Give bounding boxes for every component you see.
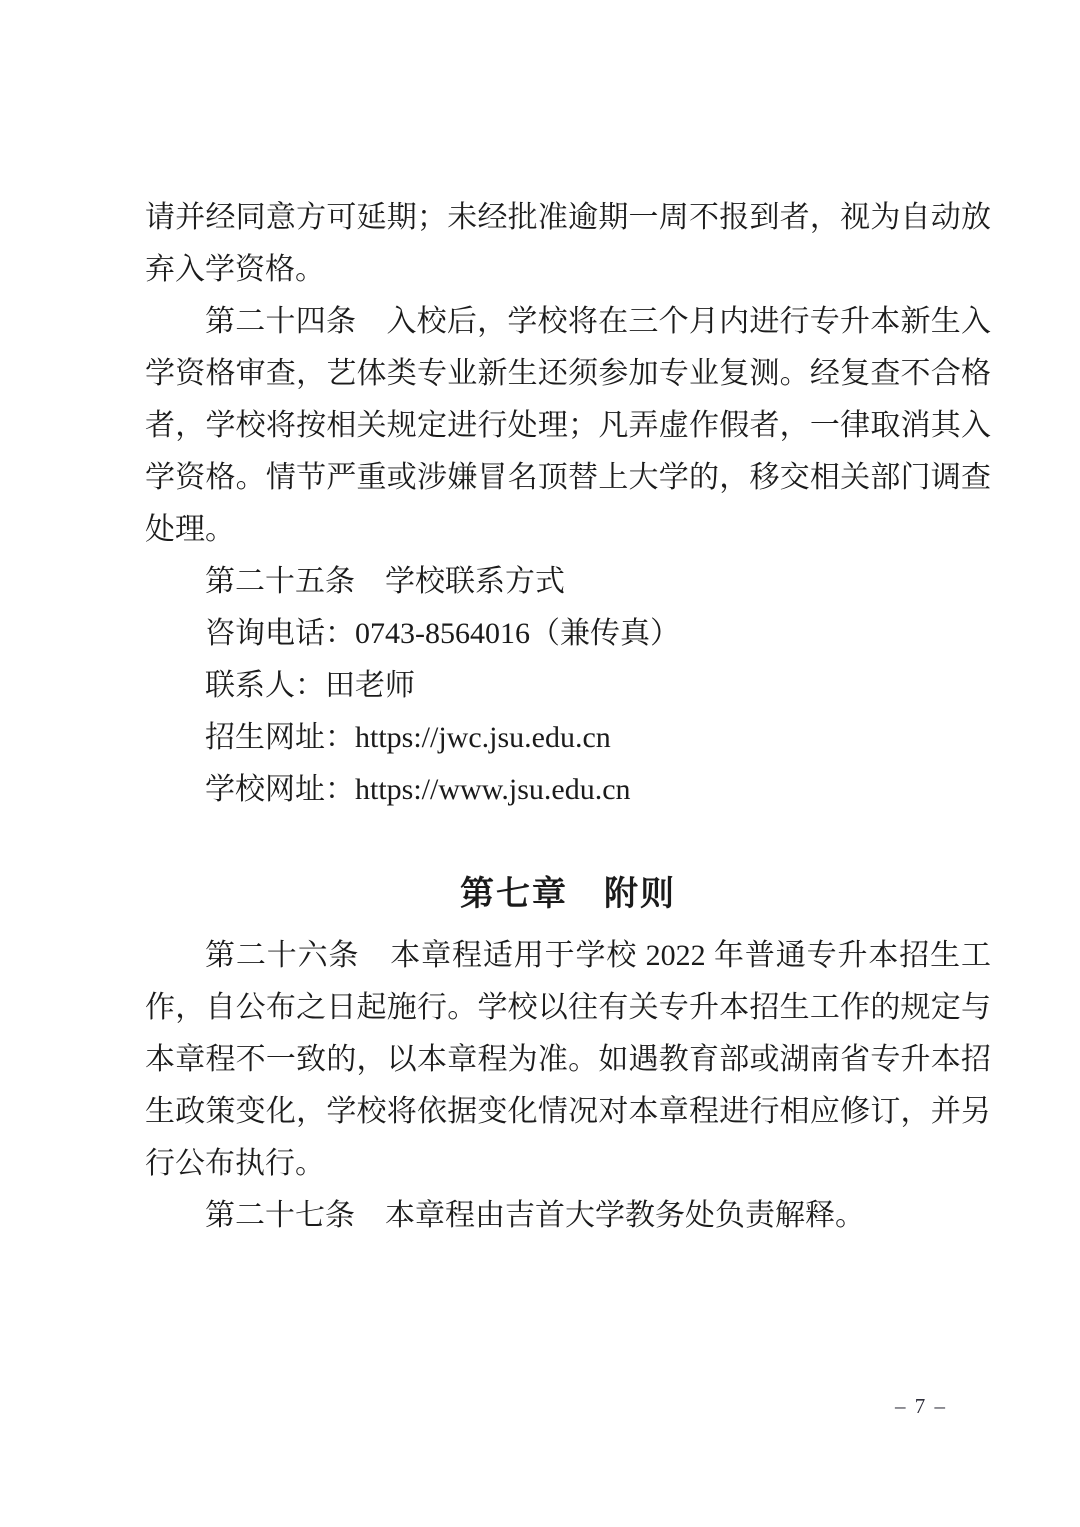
document-page: 请并经同意方可延期；未经批准逾期一周不报到者，视为自动放弃入学资格。 第二十四条… (0, 0, 1080, 1527)
contact-person-line: 联系人：田老师 (145, 660, 991, 712)
contact-admissions-url-line: 招生网址：https://jwc.jsu.edu.cn (145, 712, 991, 764)
contact-phone-line: 咨询电话：0743-8564016（兼传真） (145, 608, 991, 660)
page-number: – 7 – (895, 1396, 947, 1417)
paragraph-article-27: 第二十七条 本章程由吉首大学教务处负责解释。 (145, 1190, 991, 1242)
page-body-text: 请并经同意方可延期；未经批准逾期一周不报到者，视为自动放弃入学资格。 第二十四条… (145, 192, 991, 1242)
paragraph-continuation: 请并经同意方可延期；未经批准逾期一周不报到者，视为自动放弃入学资格。 (145, 192, 991, 296)
paragraph-article-24: 第二十四条 入校后，学校将在三个月内进行专升本新生入学资格审查，艺体类专业新生还… (145, 296, 991, 556)
chapter-7-heading: 第七章 附则 (145, 868, 991, 920)
paragraph-article-25-heading: 第二十五条 学校联系方式 (145, 556, 991, 608)
contact-school-url-line: 学校网址：https://www.jsu.edu.cn (145, 764, 991, 816)
paragraph-article-26: 第二十六条 本章程适用于学校 2022 年普通专升本招生工作，自公布之日起施行。… (145, 930, 991, 1190)
